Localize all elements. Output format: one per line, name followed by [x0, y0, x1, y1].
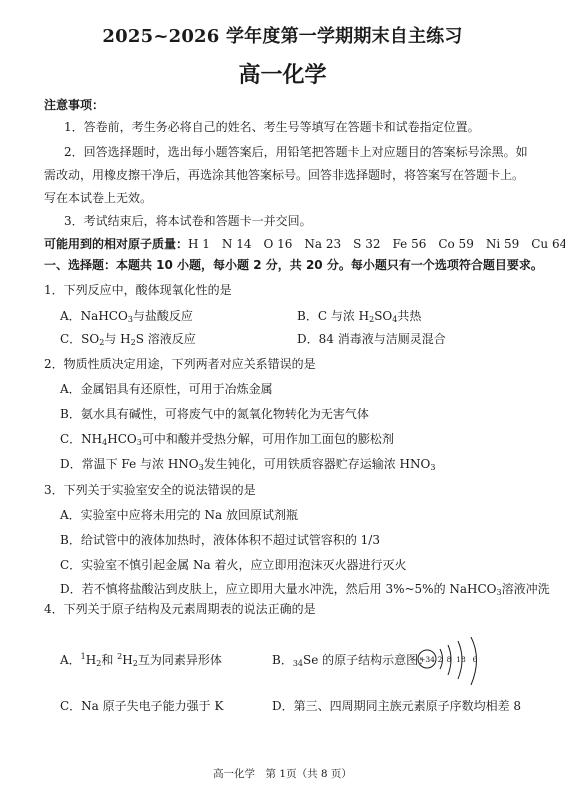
subscript: 3: [430, 463, 435, 472]
opt-text: A．NaHCO: [60, 309, 128, 323]
opt-text: 溶液冲洗: [502, 582, 550, 596]
opt-text: 互为同素异形体: [138, 653, 222, 667]
note-item-2-cont: 需改动，用橡皮擦干净后，再选涂其他答案标号。回答非选择题时，将答案写在答题卡上。: [44, 166, 524, 183]
question-3-option-d[interactable]: D．若不慎将盐酸沾到皮肤上，应立即用大量水冲洗，然后用 3%~5%的 NaHCO…: [60, 580, 550, 597]
note-item-2-cont2: 写在本试卷上无效。: [44, 189, 152, 206]
question-1-stem: 1．下列反应中，酸体现氧化性的是: [44, 281, 232, 298]
opt-text: 与盐酸反应: [133, 309, 193, 323]
question-3-option-c[interactable]: C．实验室不慎引起金属 Na 着火，应立即用泡沫灭火器进行灭火: [60, 556, 406, 573]
opt-text: 和: [101, 653, 117, 667]
opt-text: 与 H: [104, 332, 130, 346]
shell-electrons: 2: [438, 655, 443, 664]
question-3-option-a[interactable]: A．实验室中应将未用完的 Na 放回原试剂瓶: [60, 506, 298, 523]
question-3-option-b[interactable]: B．给试管中的液体加热时，液体体积不超过试管容积的 1/3: [60, 531, 380, 548]
opt-text: 共热: [397, 309, 421, 323]
opt-text: A．: [60, 653, 81, 667]
opt-text: B．C 与浓 H: [297, 309, 369, 323]
atom-structure-diagram: +34 2 8 18 6: [416, 637, 496, 697]
question-1-option-c[interactable]: C．SO2与 H2S 溶液反应: [60, 330, 196, 347]
question-1-option-b[interactable]: B．C 与浓 H2SO4共热: [297, 307, 421, 324]
note-item-2: 2．回答选择题时，选出每小题答案后，用铅笔把答题卡上对应题目的答案标号涂黑。如: [64, 143, 528, 160]
atomic-masses: 可能用到的相对原子质量：H 1 N 14 O 16 Na 23 S 32 Fe …: [44, 235, 565, 252]
question-2-option-d[interactable]: D．常温下 Fe 与浓 HNO3发生钝化，可用铁质容器贮存运输浓 HNO3: [60, 455, 435, 472]
atomic-masses-label: 可能用到的相对原子质量：: [44, 237, 188, 251]
question-2-option-c[interactable]: C．NH4HCO3可中和酸并受热分解，可用作加工面包的膨松剂: [60, 430, 394, 447]
subscript: 34: [293, 659, 303, 668]
nucleus-charge: +34: [419, 655, 435, 664]
opt-text: C．SO: [60, 332, 99, 346]
notes-heading: 注意事项：: [44, 96, 104, 113]
opt-text: C．NH: [60, 432, 102, 446]
section-heading: 一、选择题：本题共 10 小题，每小题 2 分，共 20 分。每小题只有一个选项…: [44, 256, 543, 273]
question-4-option-d[interactable]: D．第三、四周期同主族元素原子序数均相差 8: [272, 697, 521, 714]
opt-text: S 溶液反应: [136, 332, 196, 346]
opt-text: HCO: [107, 432, 136, 446]
shell-electrons: 18: [456, 655, 466, 664]
opt-text: D．常温下 Fe 与浓 HNO: [60, 457, 199, 471]
opt-text: B．: [272, 653, 293, 667]
question-1-option-d[interactable]: D．84 消毒液与洁厕灵混合: [297, 330, 446, 347]
question-2-stem: 2．物质性质决定用途，下列两者对应关系错误的是: [44, 355, 316, 372]
shell-electrons: 6: [473, 655, 478, 664]
page-footer: 高一化学 第 1页（共 8 页）: [0, 766, 565, 781]
question-4-option-c[interactable]: C．Na 原子失电子能力强于 K: [60, 697, 223, 714]
question-2-option-a[interactable]: A．金属铝具有还原性，可用于冶炼金属: [60, 380, 273, 397]
opt-text: H: [86, 653, 96, 667]
subject-title: 高一化学: [0, 58, 565, 89]
opt-text: D．若不慎将盐酸沾到皮肤上，应立即用大量水冲洗，然后用 3%~5%的 NaHCO: [60, 582, 497, 596]
question-2-option-b[interactable]: B．氨水具有碱性，可将废气中的氮氧化物转化为无害气体: [60, 405, 369, 422]
opt-text: SO: [374, 309, 392, 323]
question-1-option-a[interactable]: A．NaHCO3与盐酸反应: [60, 307, 193, 324]
question-4-option-b[interactable]: B．34Se 的原子结构示意图：: [272, 651, 430, 668]
exam-title: 2025~2026 学年度第一学期期末自主练习: [0, 22, 565, 48]
opt-text: 可中和酸并受热分解，可用作加工面包的膨松剂: [142, 432, 394, 446]
atom-shells-icon: +34 2 8 18 6: [416, 637, 496, 697]
note-item-3: 3．考试结束后，将本试卷和答题卡一并交回。: [64, 212, 312, 229]
question-4-stem: 4．下列关于原子结构及元素周期表的说法正确的是: [44, 600, 316, 617]
opt-text: H: [122, 653, 132, 667]
question-3-stem: 3．下列关于实验室安全的说法错误的是: [44, 481, 256, 498]
shell-electrons: 8: [447, 655, 452, 664]
question-4-option-a[interactable]: A．1H2和 2H2互为同素异形体: [60, 651, 222, 668]
opt-text: 发生钝化，可用铁质容器贮存运输浓 HNO: [204, 457, 431, 471]
opt-text: Se 的原子结构示意图：: [303, 653, 430, 667]
atomic-masses-values: H 1 N 14 O 16 Na 23 S 32 Fe 56 Co 59 Ni …: [188, 237, 565, 251]
note-item-1: 1．答卷前，考生务必将自己的姓名、考生号等填写在答题卡和试卷指定位置。: [64, 118, 480, 135]
